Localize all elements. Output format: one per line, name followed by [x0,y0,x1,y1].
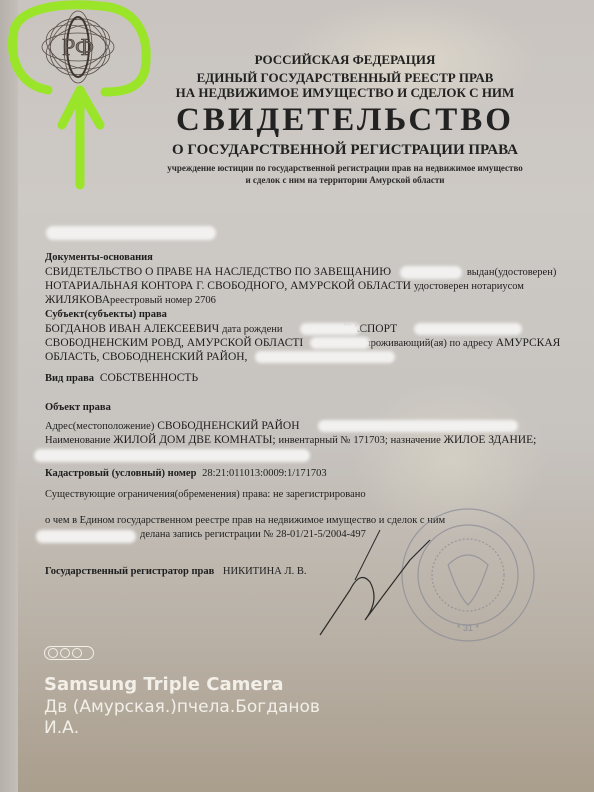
redaction [400,266,462,279]
basis-text: СВИДЕТЕЛЬСТВО О ПРАВЕ НА НАСЛЕДСТВО ПО З… [45,266,391,278]
registrar-label: Государственный регистратор прав [45,566,214,577]
institution-text: учреждение юстиции по государственной ре… [130,162,560,186]
institution-line2: и сделок с ним на территории Амурской об… [130,174,560,186]
camera-model: Samsung Triple Camera [44,674,344,695]
camera-watermark: Samsung Triple Camera Дв (Амурская.)пчел… [44,646,344,739]
right-type-label: Вид права [45,373,94,384]
redaction [46,226,216,240]
registrar-name: НИКИТИНА Л. В. [223,566,307,577]
restrictions: Существующие ограничения(обременения) пр… [45,489,366,500]
name-value: ЖИЛОЙ ДОМ ДВЕ КОМНАТЫ; [113,434,275,446]
basis-line2: НОТАРИАЛЬНАЯ КОНТОРА Г. СВОБОДНОГО, АМУР… [45,280,524,292]
registry-heading: ЕДИНЫЙ ГОСУДАРСТВЕННЫЙ РЕЕСТР ПРАВ НА НЕ… [130,70,560,100]
subject-name: БОГДАНОВ ИВАН АЛЕКСЕЕВИЧ [45,323,219,335]
redaction [300,323,360,335]
watermark-caption: Дв (Амурская.)пчела.Богданов И.А. [44,697,344,739]
registrar: Государственный регистратор прав НИКИТИН… [45,565,306,577]
right-type-value: СОБСТВЕННОСТЬ [100,372,198,384]
object-address: Адрес(местоположение) СВОБОДНЕНСКИЙ РАЙО… [45,420,300,432]
country-heading: РОССИЙСКАЯ ФЕДЕРАЦИЯ [130,52,560,68]
subject-label: Субъект(субъекты) права [45,309,167,320]
cadastral-number: Кадастровый (условный) номер 28:21:01101… [45,467,327,479]
subject-line2: СВОБОДНЕНСКИМ РОВД, АМУРСКОЙ ОБЛАСТІ про… [45,337,560,349]
registry-heading-line1: ЕДИНЫЙ ГОСУДАРСТВЕННЫЙ РЕЕСТР ПРАВ [130,70,560,85]
cadastral-value: 28:21:011013:0009:1/171703 [202,468,326,479]
address-label: Адрес(местоположение) [45,421,154,432]
document-subtitle: О ГОСУДАРСТВЕННОЙ РЕГИСТРАЦИИ ПРАВА [130,142,560,159]
institution-line1: учреждение юстиции по государственной ре… [130,162,560,174]
basis-line1: СВИДЕТЕЛЬСТВО О ПРАВЕ НА НАСЛЕДСТВО ПО З… [45,266,556,278]
document-title: СВИДЕТЕЛЬСТВО [130,102,560,139]
subject-line3: ОБЛАСТЬ, СВОБОДНЕНСКИЙ РАЙОН, [45,351,247,363]
notary-name: ЖИЛЯКОВА [45,294,110,306]
right-type: Вид права СОБСТВЕННОСТЬ [45,372,198,384]
registry-number: реестровый номер 2706 [110,295,216,306]
redaction [255,351,395,363]
redaction [414,323,522,335]
registry-heading-line2: НА НЕДВИЖИМОЕ ИМУЩЕСТВО И СДЕЛОК С НИМ [130,85,560,100]
object-name: Наименование ЖИЛОЙ ДОМ ДВЕ КОМНАТЫ; инве… [45,434,536,446]
redaction [310,337,370,349]
address-value: СВОБОДНЕНСКИЙ РАЙОН [157,420,299,432]
basis-issued: выдан(удостоверен) [467,267,557,278]
inventory-label: инвентарный № [279,435,351,446]
inventory-value: 171703; [353,435,387,446]
subject-dob-label: дата рождени [222,324,282,335]
notary-certified: удостоверен нотариусом [414,281,524,292]
svg-text:* 31 *: * 31 * [457,623,480,633]
redaction [318,420,518,432]
subject-region: АМУРСКАЯ [496,337,561,349]
basis-label: Документы-основания [45,252,153,263]
subject-issuer: СВОБОДНЕНСКИМ РОВД, АМУРСКОЙ ОБЛАСТІ [45,337,303,349]
notary-office: НОТАРИАЛЬНАЯ КОНТОРА Г. СВОБОДНОГО, АМУР… [45,280,411,292]
purpose-value: ЖИЛОЕ ЗДАНИЕ; [444,434,537,446]
subject-address-label: проживающий(ая) по адресу [365,338,493,349]
triple-camera-icon [44,646,94,660]
certificate-photo: РФ РОССИЙСКАЯ ФЕДЕРАЦИЯ ЕДИНЫЙ ГОСУДАРСТ… [0,0,594,792]
name-label: Наименование [45,435,110,446]
purpose-label: назначение [391,435,441,446]
redaction [34,449,310,462]
cadastral-label: Кадастровый (условный) номер [45,468,196,479]
redaction [36,530,136,543]
basis-line3: ЖИЛЯКОВАреестровый номер 2706 [45,294,216,306]
signature-icon [300,520,460,640]
object-label: Объект права [45,402,111,413]
